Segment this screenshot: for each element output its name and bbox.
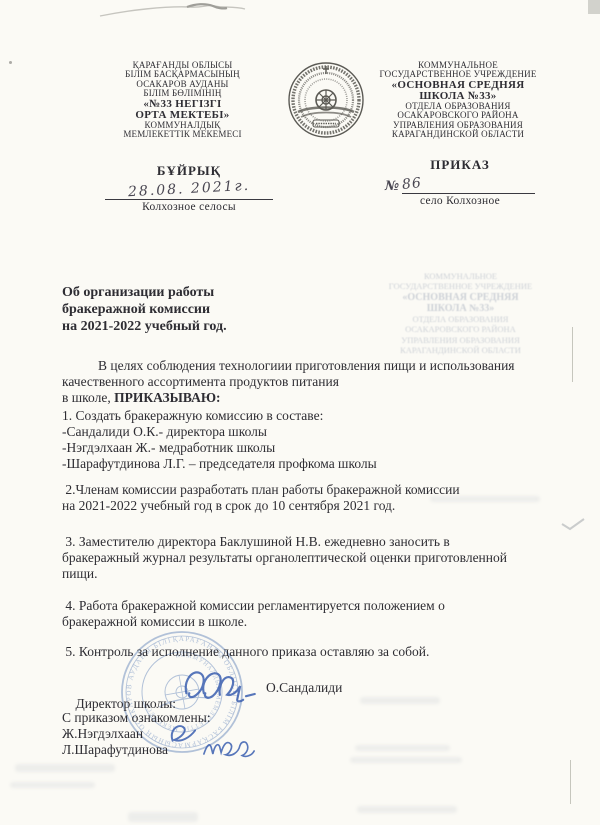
intro-line: В целях соблюдения технологиии приготовл… <box>62 358 552 374</box>
order-item-4: 4. Работа бракеражной комиссии регламент… <box>62 598 552 630</box>
ack-label: С приказом ознакомлены: <box>62 710 211 726</box>
order-item-line: пищи. <box>62 566 552 582</box>
ghost-line: КАРАГАНДИНСКОЙ ОБЛАСТИ <box>383 345 538 355</box>
scan-check-mark <box>560 516 586 534</box>
intro-line: в школе, ПРИКАЗЫВАЮ: <box>62 390 552 406</box>
prikaz-keyword: ПРИКАЗЫВАЮ: <box>114 390 220 405</box>
ghost-line: ГОСУДАРСТВЕННОЕ УЧРЕЖДЕНИЕ <box>383 281 538 291</box>
ghost-text-bar <box>360 697 440 704</box>
order-item-line: 4. Работа бракеражной комиссии регламент… <box>62 598 552 614</box>
order-item-line: бракеражной комиссии в школе. <box>62 614 552 630</box>
ghost-text-bar <box>10 782 95 788</box>
order-item-line: -Шарафутдинова Л.Г. – председателя профк… <box>62 456 552 472</box>
letterhead-right: КОММУНАЛЬНОЕ ГОСУДАРСТВЕННОЕ УЧРЕЖДЕНИЕ … <box>352 61 564 139</box>
ghost-line: ШКОЛА №33» <box>383 303 538 314</box>
ack-name-1: Ж.Нэгдэлхаан <box>62 726 143 742</box>
ghost-line: «ОСНОВНАЯ СРЕДНЯЯ <box>383 292 538 303</box>
letterhead-line: МЕМЛЕКЕТТІК МЕКЕМЕСІ <box>80 130 285 139</box>
order-item-line: 1. Создать бракеражную комиссию в состав… <box>62 408 552 424</box>
order-item-1: 1. Создать бракеражную комиссию в состав… <box>62 408 552 472</box>
order-item-line: 2.Членам комиссии разработать план работ… <box>62 482 552 498</box>
ghost-line: ОТДЕЛА ОБРАЗОВАНИЯ <box>383 314 538 324</box>
ghost-text-bar <box>357 806 457 813</box>
order-item-2: 2.Членам комиссии разработать план работ… <box>62 482 552 514</box>
order-item-line: на 2021-2022 учебный год в срок до 10 се… <box>62 498 552 514</box>
order-title-line: на 2021-2022 учебный год. <box>62 318 227 335</box>
letterhead-left: ҚАРАҒАНДЫ ОБЛЫСЫ БІЛІМ БАСҚАРМАСЫНЫҢ ОСА… <box>80 61 285 139</box>
order-item-3: 3. Заместителю директора Баклушиной Н.В.… <box>62 534 552 582</box>
order-number-handwritten: 86 <box>401 175 422 193</box>
order-place-kk: Колхозное селосы <box>105 201 273 213</box>
order-item-line: -Нэгдэлхаан Ж.- медработник школы <box>62 440 552 456</box>
order-date-handwritten: 28.08. 2021г. <box>128 178 251 200</box>
scan-fold-line-1 <box>572 327 573 382</box>
order-item-line: -Сандалиди О.К.- директора школы <box>62 424 552 440</box>
ghost-text-bar <box>128 812 198 822</box>
intro-paragraph: В целях соблюдения технологиии приготовл… <box>62 358 552 406</box>
ack-name-2: Л.Шарафутдинова <box>62 742 168 758</box>
order-block-ru: ПРИКАЗ № 86 село Колхозное <box>385 157 535 207</box>
ghost-text-bar <box>355 745 450 751</box>
ghost-line: ОСАКАРОВСКОГО РАЙОНА <box>383 324 538 334</box>
scan-corner-patch <box>588 0 600 14</box>
scan-smudge-top <box>95 0 255 22</box>
order-block-kk: БҰЙРЫҚ 28.08. 2021г. Колхозное селосы <box>105 163 273 213</box>
ghost-line: КОММУНАЛЬНОЕ <box>383 271 538 281</box>
order-number-sign: № <box>385 179 399 194</box>
order-place-ru: село Колхозное <box>385 195 535 207</box>
ghost-header-impression: КОММУНАЛЬНОЕ ГОСУДАРСТВЕННОЕ УЧРЕЖДЕНИЕ … <box>383 271 538 355</box>
ghost-line: УПРАВЛЕНИЯ ОБРАЗОВАНИЯ <box>383 335 538 345</box>
ghost-text-bar <box>350 757 462 763</box>
director-role-label: Директор школы: <box>76 696 177 711</box>
letterhead-school-name: «№33 НЕГІЗГІ <box>80 99 285 110</box>
scan-dot <box>9 61 12 64</box>
ghost-text-bar <box>15 764 115 772</box>
scan-fold-line-2 <box>570 760 571 804</box>
order-item-line: бракеражный журнал результаты органолепт… <box>62 550 552 566</box>
order-word-ru: ПРИКАЗ <box>385 157 535 173</box>
order-item-line: 3. Заместителю директора Баклушиной Н.В.… <box>62 534 552 550</box>
intro-line: качественного ассортимента продуктов пит… <box>62 374 552 390</box>
order-title-line: бракеражной комиссии <box>62 301 227 318</box>
order-title: Об организации работы бракеражной комисс… <box>62 284 227 335</box>
document-page: КОММУНАЛЬНОЕ ГОСУДАРСТВЕННОЕ УЧРЕЖДЕНИЕ … <box>0 0 600 825</box>
order-word-kk: БҰЙРЫҚ <box>105 163 273 179</box>
director-name: О.Сандалиди <box>266 680 342 696</box>
letterhead-school-name: ОРТА МЕКТЕБІ» <box>80 110 285 121</box>
order-title-line: Об организации работы <box>62 284 227 301</box>
letterhead-line: КАРАГАНДИНСКОЙ ОБЛАСТИ <box>352 130 564 139</box>
